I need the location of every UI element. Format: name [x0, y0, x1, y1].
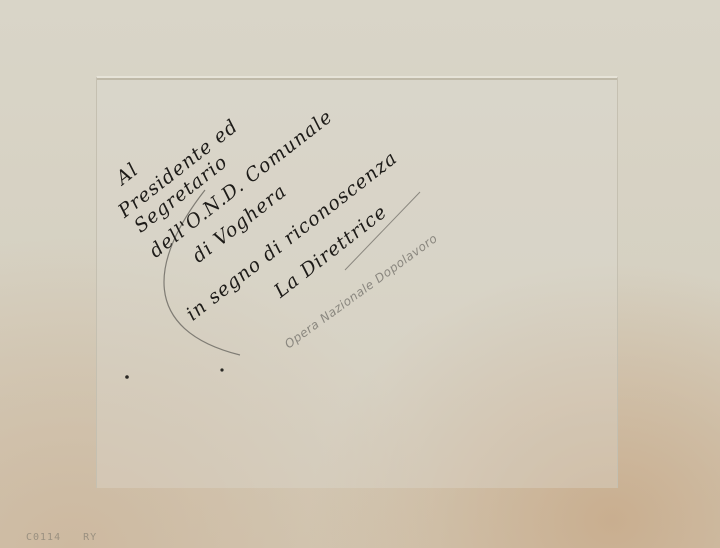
catalog-code: C0114 [26, 532, 61, 543]
catalog-suffix: RY [83, 532, 97, 543]
pencil-bracket-curve [0, 0, 720, 548]
catalog-mark: C0114RY [26, 532, 97, 543]
card-verso: Al Presidente ed Segretario dell'O.N.D. … [0, 0, 720, 548]
